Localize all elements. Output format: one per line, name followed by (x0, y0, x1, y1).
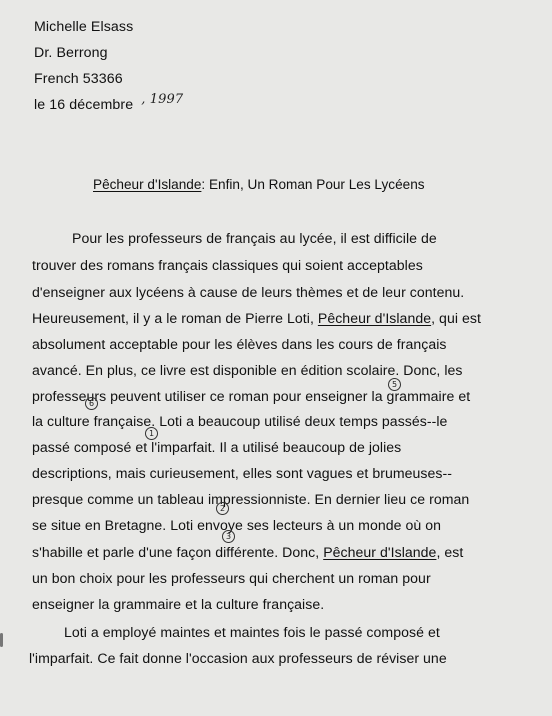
body-line: presque comme un tableau impressionniste… (32, 491, 469, 507)
body-line: d'enseigner aux lycéens à cause de leurs… (32, 284, 464, 300)
book-title-ref: Pêcheur d'Islande (318, 310, 431, 326)
body-line: s'habille et parle d'une façon différent… (32, 544, 463, 560)
body-line: se situe en Bretagne. Loti envoye ses le… (32, 517, 441, 533)
annotation-mark: 6 (85, 397, 98, 410)
body-line: l'imparfait. Ce fait donne l'occasion au… (29, 650, 447, 666)
body-line: trouver des romans français classiques q… (32, 257, 423, 273)
body-line: avancé. En plus, ce livre est disponible… (32, 362, 463, 378)
instructor-name: Dr. Berrong (34, 45, 108, 61)
annotation-mark: 2 (216, 502, 229, 515)
title-rest: : Enfin, Un Roman Pour Les Lycéens (201, 177, 424, 192)
body-line: Loti a employé maintes et maintes fois l… (64, 624, 440, 640)
body-line: descriptions, mais curieusement, elles s… (32, 465, 452, 481)
date-text: le 16 décembre (34, 97, 133, 113)
body-line: absolument acceptable pour les élèves da… (32, 336, 447, 352)
course-number: French 53366 (34, 71, 123, 87)
body-line: enseigner la grammaire et la culture fra… (32, 596, 324, 612)
annotation-mark: 1 (145, 427, 158, 440)
body-line: un bon choix pour les professeurs qui ch… (32, 570, 431, 586)
body-line: Heureusement, il y a le roman de Pierre … (32, 310, 481, 326)
body-line: Pour les professeurs de français au lycé… (72, 230, 437, 246)
book-title: Pêcheur d'Islande (93, 177, 201, 192)
scanned-document-page: Michelle Elsass Dr. Berrong French 53366… (0, 0, 552, 716)
date-line: le 16 décembre , 1997 (34, 97, 183, 113)
body-line: la culture française. Loti a beaucoup ut… (32, 413, 447, 429)
book-title-ref: Pêcheur d'Islande (323, 544, 436, 560)
body-line: passé composé et l'imparfait. Il a utili… (32, 439, 401, 455)
annotation-mark: 5 (388, 378, 401, 391)
handwritten-year: , 1997 (141, 92, 183, 107)
scan-edge-mark (0, 633, 3, 647)
annotation-mark: 3 (222, 530, 235, 543)
essay-title: Pêcheur d'Islande: Enfin, Un Roman Pour … (93, 177, 425, 192)
author-name: Michelle Elsass (34, 19, 133, 35)
